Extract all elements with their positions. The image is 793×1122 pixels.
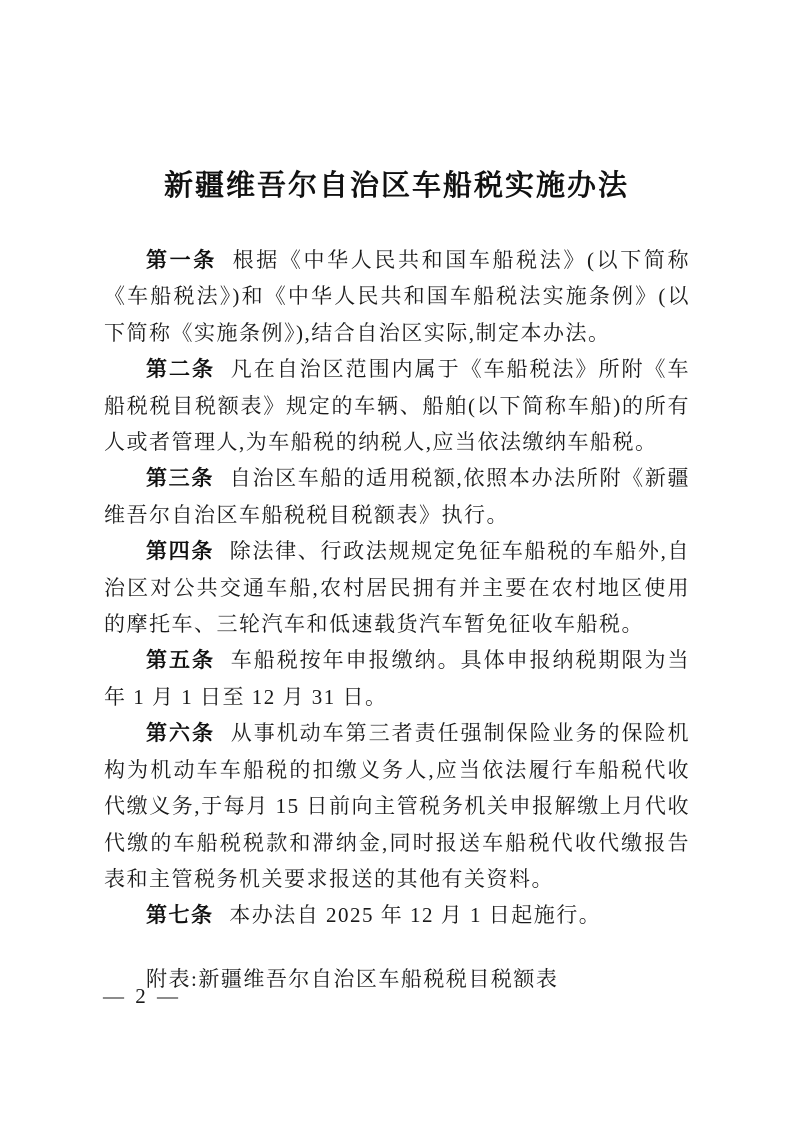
article-7-label: 第七条 [146, 903, 214, 927]
article-2: 第二条凡在自治区范围内属于《车船税法》所附《车船税税目税额表》规定的车辆、船舶(… [104, 351, 690, 460]
article-1-label: 第一条 [146, 248, 217, 272]
article-4-label: 第四条 [146, 539, 214, 563]
article-5: 第五条车船税按年申报缴纳。具体申报纳税期限为当年 1 月 1 日至 12 月 3… [104, 642, 690, 715]
article-5-label: 第五条 [146, 648, 215, 672]
article-2-label: 第二条 [146, 357, 215, 381]
article-6: 第六条从事机动车第三者责任强制保险业务的保险机构为机动车车船税的扣缴义务人,应当… [104, 715, 690, 897]
document-body: 第一条根据《中华人民共和国车船税法》(以下简称《车船税法》)和《中华人民共和国车… [104, 242, 690, 997]
article-7: 第七条本办法自 2025 年 12 月 1 日起施行。 [104, 897, 690, 933]
article-3-label: 第三条 [146, 466, 214, 490]
article-3: 第三条自治区车船的适用税额,依照本办法所附《新疆维吾尔自治区车船税税目税额表》执… [104, 460, 690, 533]
appendix-note: 附表:新疆维吾尔自治区车船税税目税额表 [104, 961, 690, 997]
page-number: — 2 — [103, 984, 181, 1008]
article-6-label: 第六条 [146, 721, 215, 745]
article-4: 第四条除法律、行政法规规定免征车船税的车船外,自治区对公共交通车船,农村居民拥有… [104, 533, 690, 642]
article-7-text: 本办法自 2025 年 12 月 1 日起施行。 [229, 903, 601, 927]
document-page: 新疆维吾尔自治区车船税实施办法 第一条根据《中华人民共和国车船税法》(以下简称《… [0, 0, 793, 1122]
article-6-text: 从事机动车第三者责任强制保险业务的保险机构为机动车车船税的扣缴义务人,应当依法履… [104, 721, 690, 891]
document-title: 新疆维吾尔自治区车船税实施办法 [0, 0, 793, 204]
article-1: 第一条根据《中华人民共和国车船税法》(以下简称《车船税法》)和《中华人民共和国车… [104, 242, 690, 351]
